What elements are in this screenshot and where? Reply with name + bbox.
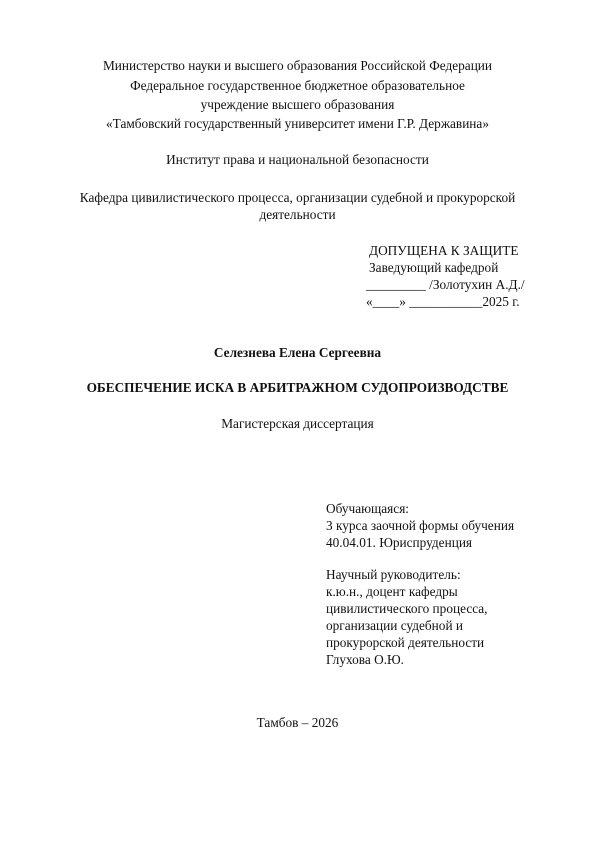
approval-title: ДОПУЩЕНА К ЗАЩИТЕ <box>366 242 525 259</box>
institution-line-1: Федеральное государственное бюджетное об… <box>0 77 595 94</box>
student-label: Обучающаяся: <box>326 500 514 517</box>
institute-name: Институт права и национальной безопаснос… <box>0 151 595 168</box>
supervisor-line-4: прокурорской деятельности <box>326 634 488 651</box>
supervisor-line-2: цивилистического процесса, <box>326 600 488 617</box>
institution-line-2: учреждение высшего образования <box>0 96 595 113</box>
student-program: 40.04.01. Юриспруденция <box>326 534 514 551</box>
department-line-1: Кафедра цивилистического процесса, орган… <box>0 189 595 206</box>
approval-position: Заведующий кафедрой <box>366 259 525 276</box>
supervisor-line-3: организации судебной и <box>326 617 488 634</box>
ministry-line: Министерство науки и высшего образования… <box>0 57 595 74</box>
department-line-2: деятельности <box>0 206 595 223</box>
supervisor-line-1: к.ю.н., доцент кафедры <box>326 583 488 600</box>
student-course: 3 курса заочной формы обучения <box>326 517 514 534</box>
university-name: «Тамбовский государственный университет … <box>0 115 595 132</box>
work-type: Магистерская диссертация <box>0 415 595 432</box>
thesis-title: ОБЕСПЕЧЕНИЕ ИСКА В АРБИТРАЖНОМ СУДОПРОИЗ… <box>0 379 595 396</box>
approval-date: «____» ___________2025 г. <box>366 293 525 310</box>
city-year: Тамбов – 2026 <box>0 714 595 731</box>
supervisor-block: Научный руководитель: к.ю.н., доцент каф… <box>326 566 488 668</box>
approval-block: ДОПУЩЕНА К ЗАЩИТЕ Заведующий кафедрой __… <box>366 242 525 310</box>
supervisor-label: Научный руководитель: <box>326 566 488 583</box>
supervisor-name: Глухова О.Ю. <box>326 651 488 668</box>
author-name: Селезнева Елена Сергеевна <box>0 344 595 361</box>
approval-signature: _________ /Золотухин А.Д./ <box>366 276 525 293</box>
student-block: Обучающаяся: 3 курса заочной формы обуче… <box>326 500 514 551</box>
